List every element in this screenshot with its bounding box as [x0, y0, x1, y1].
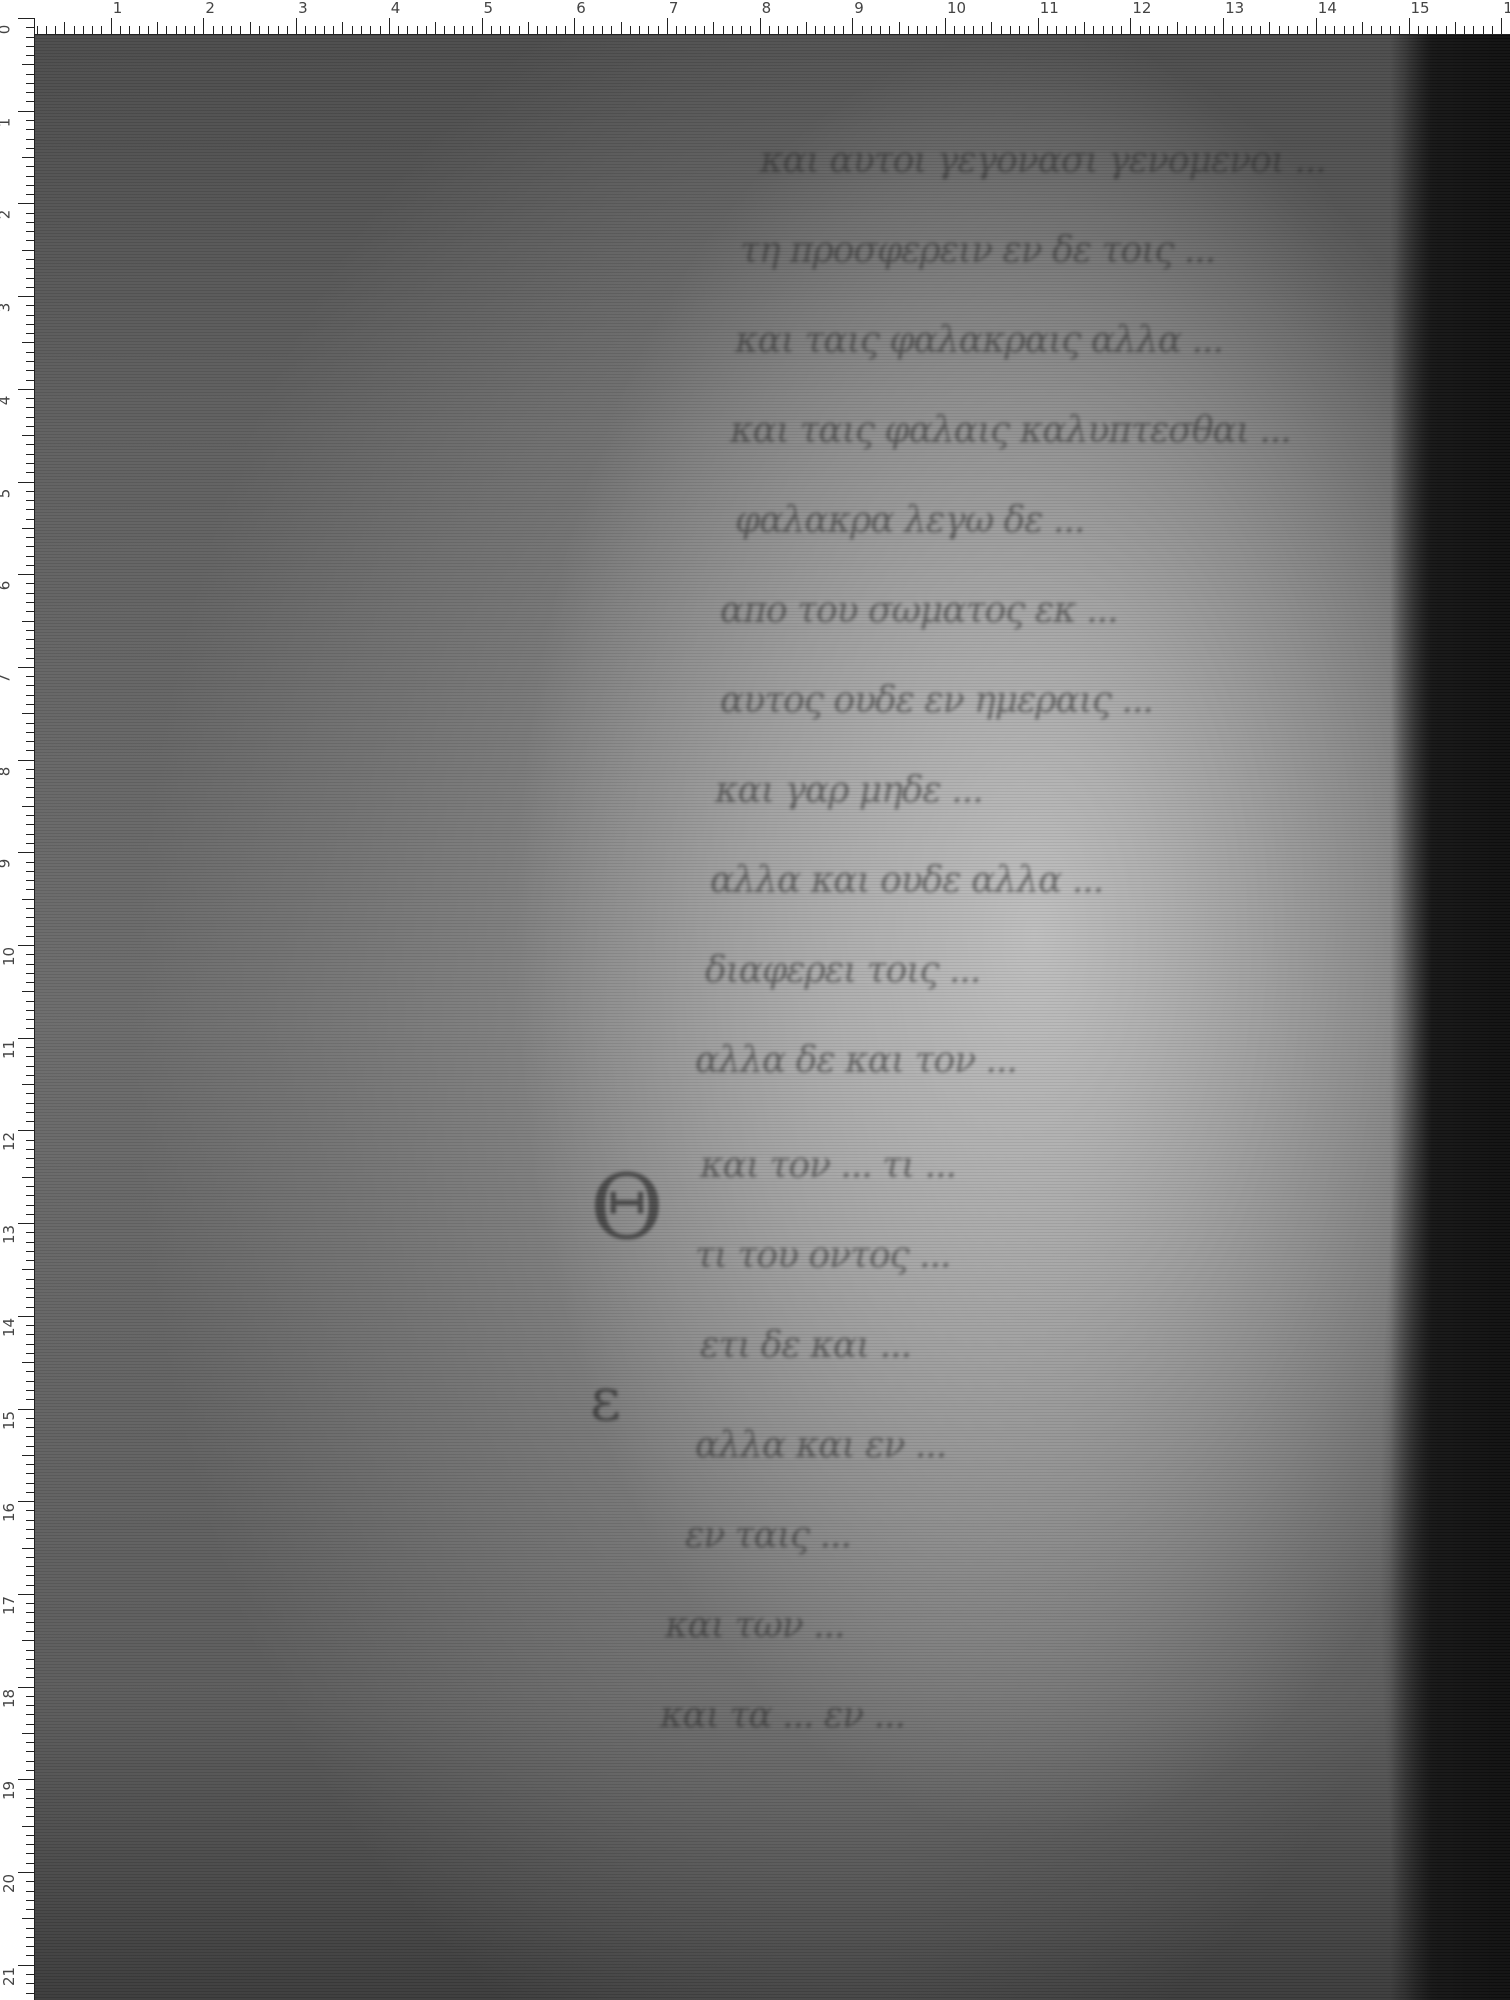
ruler-tick: [1334, 26, 1335, 34]
manuscript-scan: και αυτοι γεγονασι γενομενοι ... τη προσ…: [35, 35, 1510, 2000]
ruler-tick: [22, 157, 34, 158]
ruler-tick: [1492, 26, 1493, 34]
ruler-tick: [22, 713, 34, 714]
ruler-tick: [18, 1501, 34, 1502]
ruler-tick: [26, 1112, 34, 1113]
ruler-tick: [250, 22, 251, 34]
ruler-tick: [26, 1993, 34, 1994]
ruler-tick: [389, 18, 390, 34]
ruler-tick: [593, 26, 594, 34]
ruler-tick: [22, 991, 34, 992]
ruler-tick: [26, 880, 34, 881]
ruler-tick: [26, 704, 34, 705]
ruler-tick: [26, 685, 34, 686]
ruler-tick: [22, 621, 34, 622]
ruler-tick: [18, 852, 34, 853]
ruler-label: 7: [0, 674, 12, 684]
ruler-tick: [22, 806, 34, 807]
ruler-label: 12: [1132, 1, 1151, 16]
ruler-tick: [1455, 22, 1456, 34]
ruler-tick: [899, 22, 900, 34]
ruler-tick: [222, 26, 223, 34]
ruler-tick: [26, 166, 34, 167]
text-line: διαφερει τοις ...: [705, 950, 980, 991]
ruler-tick: [463, 26, 464, 34]
ruler-tick: [22, 1455, 34, 1456]
text-line: ετι δε και ...: [700, 1325, 911, 1366]
ruler-tick: [1307, 26, 1308, 34]
ruler-tick: [26, 834, 34, 835]
ruler-tick: [26, 1140, 34, 1141]
ruler-tick: [139, 26, 140, 34]
ruler-tick: [26, 315, 34, 316]
ruler-tick: [1121, 26, 1122, 34]
ruler-tick: [26, 472, 34, 473]
ruler-tick: [352, 26, 353, 34]
text-line: απο του σωματος εκ ...: [720, 590, 1118, 631]
ruler-tick: [26, 676, 34, 677]
ruler-label: 2: [0, 210, 12, 220]
ruler-tick: [26, 380, 34, 381]
ruler-tick: [26, 611, 34, 612]
ruler-tick: [806, 22, 807, 34]
ruler-tick: [26, 1705, 34, 1706]
ruler-tick: [1381, 26, 1382, 34]
ruler-tick: [26, 1900, 34, 1901]
ruler-tick: [18, 389, 34, 390]
ruler-tick: [26, 815, 34, 816]
ruler-tick: [18, 1223, 34, 1224]
ruler-tick: [26, 1510, 34, 1511]
ruler-tick: [26, 417, 34, 418]
ruler-tick: [1093, 26, 1094, 34]
ruler-tick: [26, 1881, 34, 1882]
ruler-tick: [1362, 22, 1363, 34]
ruler-tick: [26, 546, 34, 547]
ruler-label: 13: [1225, 1, 1244, 16]
ruler-tick: [1047, 26, 1048, 34]
ruler-tick: [723, 26, 724, 34]
ruler-tick: [621, 22, 622, 34]
ruler-tick: [1010, 26, 1011, 34]
ruler-tick: [26, 1751, 34, 1752]
ruler-tick: [370, 26, 371, 34]
ruler-tick: [26, 1297, 34, 1298]
ruler-tick: [26, 27, 34, 28]
ruler-tick: [648, 26, 649, 34]
ruler-tick: [26, 1075, 34, 1076]
ruler-tick: [1130, 18, 1131, 34]
ruler-tick: [18, 1409, 34, 1410]
ruler-tick: [778, 26, 779, 34]
ruler-tick: [305, 26, 306, 34]
ruler-tick: [982, 26, 983, 34]
ruler-tick: [1344, 26, 1345, 34]
ruler-tick: [1297, 26, 1298, 34]
ruler-tick: [556, 26, 557, 34]
ruler-label: 3: [0, 303, 12, 313]
ruler-tick: [26, 55, 34, 56]
ruler-tick: [26, 769, 34, 770]
ruler-tick: [26, 1816, 34, 1817]
ruler-tick: [26, 648, 34, 649]
ruler-tick: [880, 26, 881, 34]
ruler-tick: [713, 22, 714, 34]
ruler-tick: [1158, 26, 1159, 34]
ruler-tick: [26, 1529, 34, 1530]
ruler-tick: [685, 26, 686, 34]
ruler-tick: [26, 1195, 34, 1196]
ruler-tick: [26, 1603, 34, 1604]
text-line: αυτος ουδε εν ημεραις ...: [720, 680, 1153, 721]
ruler-tick: [18, 1687, 34, 1688]
ruler-tick: [741, 26, 742, 34]
ruler-tick: [26, 787, 34, 788]
ruler-label: 10: [947, 1, 966, 16]
ruler-tick: [148, 26, 149, 34]
ruler-tick: [546, 26, 547, 34]
ruler-tick: [92, 26, 93, 34]
ruler-tick: [1205, 26, 1206, 34]
ruler-tick: [26, 1121, 34, 1122]
ruler-tick: [26, 398, 34, 399]
ruler-tick: [658, 26, 659, 34]
ruler-tick: [676, 26, 677, 34]
ruler-tick: [26, 231, 34, 232]
ruler-tick: [176, 26, 177, 34]
ruler-tick: [324, 26, 325, 34]
ruler-label: 7: [669, 1, 679, 16]
ruler-tick: [815, 26, 816, 34]
ruler-label: 5: [0, 488, 12, 498]
ruler-tick: [259, 26, 260, 34]
ruler-tick: [26, 222, 34, 223]
ruler-tick: [472, 26, 473, 34]
ruler-tick: [26, 454, 34, 455]
ruler-tick: [667, 18, 668, 34]
ruler-tick: [26, 519, 34, 520]
ruler-tick: [1084, 22, 1085, 34]
ruler-tick: [18, 296, 34, 297]
ruler-tick: [26, 352, 34, 353]
ruler-tick: [639, 26, 640, 34]
ruler-tick: [26, 908, 34, 909]
ruler-tick: [22, 342, 34, 343]
ruler-tick: [26, 862, 34, 863]
ruler-tick: [1149, 26, 1150, 34]
ruler-tick: [26, 491, 34, 492]
text-line: και ταις φαλακραις αλλα ...: [735, 320, 1223, 361]
ruler-label: 4: [0, 396, 12, 406]
ruler-tick: [26, 500, 34, 501]
ruler-tick: [26, 1149, 34, 1150]
ruler-tick: [18, 1594, 34, 1595]
ruler-tick: [26, 1334, 34, 1335]
ruler-tick: [18, 1038, 34, 1039]
ruler-tick: [750, 26, 751, 34]
ruler-tick: [1399, 26, 1400, 34]
ruler-tick: [231, 26, 232, 34]
ruler-tick: [26, 1232, 34, 1233]
ruler-tick: [26, 1353, 34, 1354]
ruler-tick: [611, 26, 612, 34]
ruler-tick: [26, 583, 34, 584]
text-line: τη προσφερειν εν δε τοις ...: [740, 230, 1215, 271]
ruler-tick: [22, 1362, 34, 1363]
ruler-tick: [26, 1464, 34, 1465]
ruler-tick: [26, 46, 34, 47]
ruler-tick: [26, 1473, 34, 1474]
ruler-tick: [26, 1724, 34, 1725]
ruler-tick: [37, 26, 38, 34]
ruler-tick: [22, 1733, 34, 1734]
ruler-tick: [26, 1492, 34, 1493]
text-line: αλλα δε και τον ...: [695, 1040, 1017, 1081]
ruler-tick: [26, 1863, 34, 1864]
ruler-tick: [1353, 26, 1354, 34]
ruler-label: 6: [576, 1, 586, 16]
ruler-tick: [26, 37, 34, 38]
ruler-tick: [871, 26, 872, 34]
ruler-tick: [26, 1789, 34, 1790]
vertical-ruler: 0123456789101112131415161718192021: [0, 0, 35, 2000]
ruler-tick: [26, 889, 34, 890]
ruler-tick: [760, 18, 761, 34]
text-line: αλλα και εν ...: [695, 1425, 946, 1466]
ruler-tick: [26, 871, 34, 872]
ruler-tick: [185, 26, 186, 34]
ruler-tick: [22, 1177, 34, 1178]
ruler-tick: [26, 954, 34, 955]
ruler-tick: [18, 482, 34, 483]
ruler-tick: [26, 148, 34, 149]
ruler-tick: [18, 18, 34, 19]
ruler-tick: [1140, 26, 1141, 34]
ruler-tick: [1473, 26, 1474, 34]
ruler-tick: [26, 1714, 34, 1715]
ruler-tick: [500, 26, 501, 34]
ruler-tick: [26, 287, 34, 288]
ruler-tick: [435, 22, 436, 34]
ruler-tick: [26, 444, 34, 445]
ruler-tick: [26, 74, 34, 75]
ruler-tick: [852, 18, 853, 34]
ruler-tick: [1501, 18, 1502, 34]
ruler-tick: [157, 22, 158, 34]
ruler-tick: [26, 1650, 34, 1651]
ruler-tick: [26, 1325, 34, 1326]
ruler-tick: [18, 574, 34, 575]
ruler-tick: [26, 1659, 34, 1660]
ruler-tick: [26, 1770, 34, 1771]
ruler-tick: [26, 1937, 34, 1938]
ruler-tick: [278, 26, 279, 34]
decorated-initial: Θ: [590, 1155, 664, 1260]
ruler-label: 21: [2, 1967, 17, 1986]
ruler-tick: [834, 26, 835, 34]
ruler-label: 18: [2, 1689, 17, 1708]
ruler-tick: [26, 1186, 34, 1187]
ruler-tick: [26, 1696, 34, 1697]
ruler-tick: [26, 741, 34, 742]
ruler-tick: [74, 26, 75, 34]
ruler-tick: [240, 26, 241, 34]
ruler-tick: [26, 824, 34, 825]
ruler-label: 20: [2, 1874, 17, 1893]
ruler-tick: [26, 1538, 34, 1539]
ruler-tick: [26, 1288, 34, 1289]
ruler-tick: [26, 658, 34, 659]
ruler-tick: [26, 630, 34, 631]
ruler-tick: [26, 194, 34, 195]
ruler-tick: [26, 1205, 34, 1206]
ruler-tick: [1066, 26, 1067, 34]
ruler-tick: [26, 964, 34, 965]
ruler-tick: [26, 602, 34, 603]
ruler-tick: [26, 426, 34, 427]
ruler-tick: [26, 732, 34, 733]
horizontal-ruler: 01234567891011121314151: [0, 0, 1510, 35]
ruler-tick: [1177, 22, 1178, 34]
ruler-tick: [26, 1242, 34, 1243]
ruler-tick: [630, 26, 631, 34]
ruler-tick: [129, 26, 130, 34]
ruler-tick: [18, 203, 34, 204]
ruler-tick: [26, 1557, 34, 1558]
ruler-tick: [26, 1214, 34, 1215]
ruler-tick: [926, 26, 927, 34]
ruler-tick: [26, 565, 34, 566]
ruler-tick: [908, 26, 909, 34]
ruler-tick: [26, 333, 34, 334]
ruler-tick: [203, 18, 204, 34]
ruler-tick: [519, 26, 520, 34]
ruler-tick: [1103, 26, 1104, 34]
ruler-tick: [22, 1269, 34, 1270]
ruler-tick: [26, 1371, 34, 1372]
ruler-label: 19: [2, 1781, 17, 1800]
ruler-tick: [26, 778, 34, 779]
ruler-label: 10: [2, 947, 17, 966]
ruler-tick: [509, 26, 510, 34]
ruler-tick: [26, 1807, 34, 1808]
ruler-tick: [26, 139, 34, 140]
ruler-tick: [574, 18, 575, 34]
ruler-tick: [18, 945, 34, 946]
ruler-tick: [26, 556, 34, 557]
ruler-tick: [26, 1520, 34, 1521]
ruler-tick: [333, 26, 334, 34]
ruler-tick: [26, 92, 34, 93]
ruler-tick: [26, 1436, 34, 1437]
ruler-label: 15: [1411, 1, 1430, 16]
ruler-tick: [26, 1010, 34, 1011]
ruler-label: 1: [1503, 1, 1510, 16]
ruler-tick: [194, 26, 195, 34]
ruler-tick: [26, 1668, 34, 1669]
ruler-tick: [26, 1019, 34, 1020]
text-line: και γαρ μηδε ...: [715, 770, 983, 811]
ruler-tick: [26, 843, 34, 844]
ruler-tick: [1232, 26, 1233, 34]
ruler-tick: [26, 185, 34, 186]
ruler-tick: [26, 695, 34, 696]
ruler-tick: [268, 26, 269, 34]
ruler-tick: [1316, 18, 1317, 34]
ruler-tick: [26, 1167, 34, 1168]
ruler-tick: [1167, 26, 1168, 34]
ruler-tick: [1019, 26, 1020, 34]
ruler-tick: [964, 26, 965, 34]
ruler-label: 5: [484, 1, 494, 16]
marginal-initial: ε: [590, 1365, 621, 1435]
text-line: και αυτοι γεγονασι γενομενοι ...: [760, 140, 1326, 181]
ruler-tick: [565, 26, 566, 34]
ruler-tick: [296, 18, 297, 34]
ruler-tick: [444, 26, 445, 34]
ruler-label: 16: [2, 1503, 17, 1522]
ruler-tick: [26, 1279, 34, 1280]
ruler-tick: [1325, 26, 1326, 34]
ruler-tick: [1446, 26, 1447, 34]
ruler-tick: [22, 528, 34, 529]
ruler-label: 0: [0, 25, 12, 35]
ruler-label: 17: [2, 1596, 17, 1615]
ruler-tick: [26, 213, 34, 214]
ruler-tick: [26, 1946, 34, 1947]
ruler-tick: [1418, 26, 1419, 34]
ruler-tick: [1223, 18, 1224, 34]
ruler-tick: [26, 1103, 34, 1104]
ruler-tick: [26, 1483, 34, 1484]
ruler-tick: [22, 1918, 34, 1919]
ruler-tick: [1427, 26, 1428, 34]
ruler-tick: [166, 26, 167, 34]
ruler-tick: [64, 22, 65, 34]
ruler-tick: [1001, 26, 1002, 34]
ruler-tick: [26, 1566, 34, 1567]
ruler-tick: [26, 259, 34, 260]
ruler-tick: [26, 1344, 34, 1345]
text-line: και τον ... τι ...: [700, 1145, 956, 1186]
ruler-tick: [83, 26, 84, 34]
ruler-tick: [26, 1093, 34, 1094]
ruler-tick: [797, 26, 798, 34]
ruler-label: 3: [298, 1, 308, 16]
text-line: αλλα και ουδε αλλα ...: [710, 860, 1103, 901]
ruler-tick: [26, 1742, 34, 1743]
ruler-tick: [537, 26, 538, 34]
ruler-tick: [1279, 26, 1280, 34]
ruler-tick: [1056, 26, 1057, 34]
ruler-tick: [26, 120, 34, 121]
ruler-tick: [1269, 22, 1270, 34]
ruler-tick: [862, 26, 863, 34]
ruler-tick: [26, 1612, 34, 1613]
ruler-tick: [380, 26, 381, 34]
ruler-label: 11: [1040, 1, 1059, 16]
ruler-tick: [917, 26, 918, 34]
ruler-tick: [695, 26, 696, 34]
ruler-tick: [26, 1798, 34, 1799]
ruler-tick: [945, 18, 946, 34]
ruler-tick: [26, 723, 34, 724]
ruler-tick: [26, 1761, 34, 1762]
ruler-tick: [26, 750, 34, 751]
ruler-tick: [991, 22, 992, 34]
ruler-label: 12: [2, 1132, 17, 1151]
ruler-tick: [1251, 26, 1252, 34]
